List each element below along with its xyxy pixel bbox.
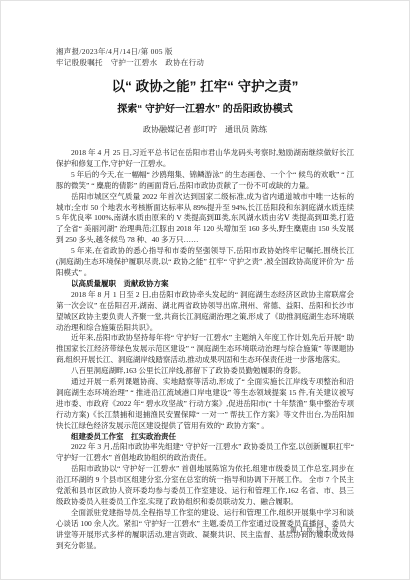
paragraph: 通过开展一系列课题协商、实地踏察等活动,形成了“ 全面实施长江岸线专项整治和沿洞… [56,377,354,432]
document-page: 湘声报/2023年/4月/14日/第 005 版 牢记殷殷嘱托 守护一江碧水 政… [0,0,410,580]
page-number: 第 1 页 共 2 页 [290,525,339,535]
byline: 政协融媒记者 彭叮咛 通讯员 陈练 [56,125,354,135]
paragraph: 5 年后的今天,在一幅幅“ 沙鸥翔集、锦鳞游泳” 的生态画卷、一个个“ 候鸟的欢… [56,170,354,192]
paragraph: 2018 年 4 月 25 日,习近平总书记在岳阳市君山华龙码头考察时,勉励湖南… [56,148,354,170]
publication-date-line: 湘声报/2023年/4月/14日/第 005 版 [56,46,354,57]
paragraph: 2018 年 8 月 1 日至 2 日,由岳阳市政协牵头发起的“ 洞庭湖生态经济… [56,290,354,334]
masthead: 湘声报/2023年/4月/14日/第 005 版 牢记殷殷嘱托 守护一江碧水 政… [56,46,354,68]
paragraph: 岳阳市政协以“ 守护好一江碧水” 首倡地展陈馆为依托,组建市级委员工作总室,同步… [56,464,354,508]
section-heading: 组建委员工作室 扛实政治责任 [56,432,354,443]
article-body: 2018 年 4 月 25 日,习近平总书记在岳阳市君山华龙码头考察时,勉励湖南… [56,148,354,552]
paragraph: 八百里洞庭湖畔,163 公里长江岸线,都留下了政协委员勤勉履职的身影。 [56,366,354,377]
paragraph: 2022 年 3 月,岳阳市政协率先组建“ 守护好一江碧水” 政协委员工作室,以… [56,442,354,464]
article-title: 以“ 政协之能” 扛牢“ 守护之责” [56,79,354,95]
article-subtitle: 探索“ 守护好一江碧水” 的岳阳政协模式 [56,103,354,116]
paragraph: 岳阳市城区空气质量 2022 年首次达到国家二级标准,成为省内通道城市中唯一达标… [56,192,354,247]
topic-line: 牢记殷殷嘱托 守护一江碧水 政协在行动 [56,57,354,68]
section-heading: 以高质量履职 贡献政协方案 [56,279,354,290]
paragraph: 近年来,岳阳市政协坚持每年将“ 守护好一江碧水” 主题纳入年度工作计划,先后开展… [56,333,354,366]
paragraph: 5 年来,在省政协的悉心指导和市委的坚强领导下,岳阳市政协始终牢记嘱托,围绕长江… [56,246,354,279]
